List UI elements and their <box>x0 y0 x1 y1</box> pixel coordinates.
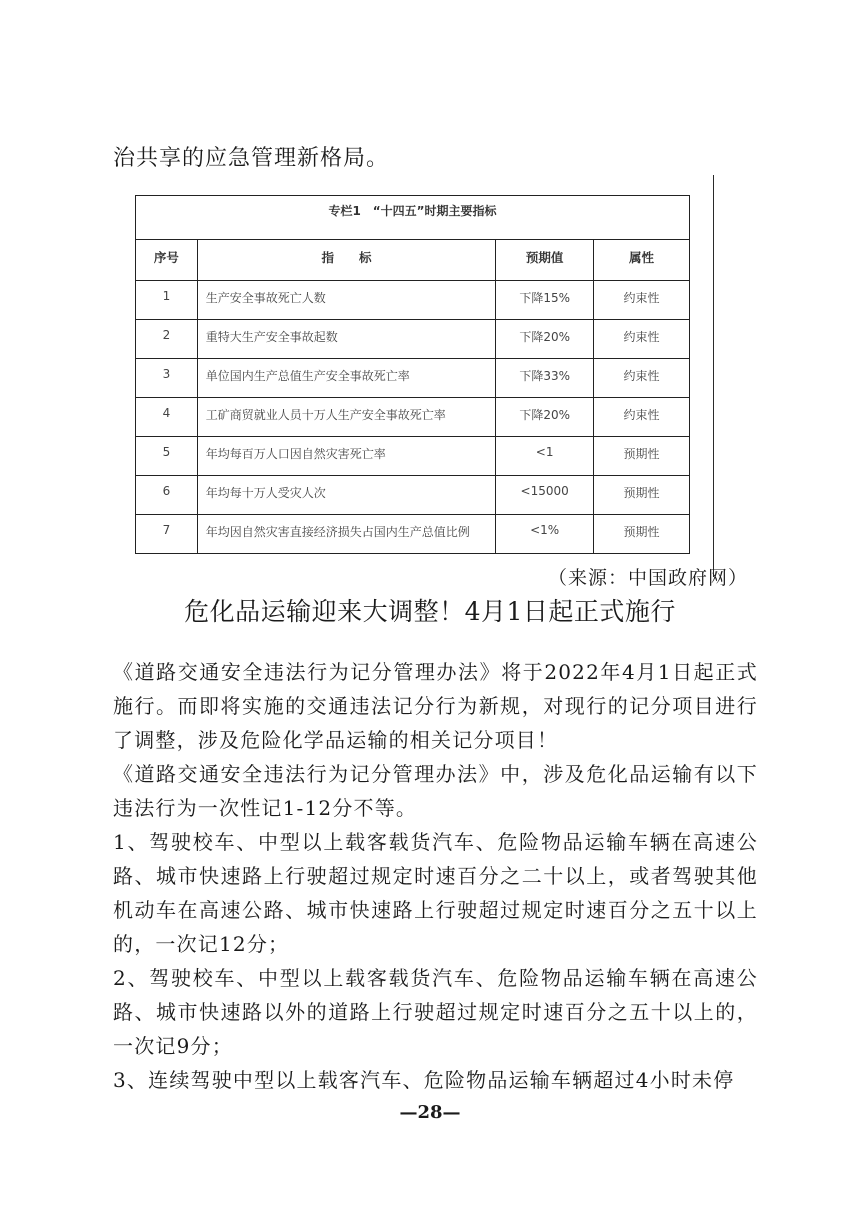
cell-expected: <1% <box>496 515 594 554</box>
previous-paragraph-tail: 治共享的应急管理新格局。 <box>113 144 389 174</box>
article-paragraph: 2、驾驶校车、中型以上载客载货汽车、危险物品运输车辆在高速公路、城市快速路以外的… <box>113 961 758 1063</box>
cell-indicator: 年均每百万人口因自然灾害死亡率 <box>197 437 495 476</box>
table-caption: 专栏1 “十四五”时期主要指标 <box>136 196 690 240</box>
cell-attribute: 约束性 <box>594 320 690 359</box>
header-attribute: 属性 <box>594 240 690 281</box>
document-page: 治共享的应急管理新格局。 专栏1 “十四五”时期主要指标 序号 指 标 预期值 … <box>0 0 860 1217</box>
cell-no: 6 <box>136 476 198 515</box>
article-paragraph: 《道路交通安全违法行为记分管理办法》将于2022年4月1日起正式施行。而即将实施… <box>113 655 758 757</box>
table-header-row: 序号 指 标 预期值 属性 <box>136 240 690 281</box>
cell-attribute: 约束性 <box>594 359 690 398</box>
cell-indicator: 重特大生产安全事故起数 <box>197 320 495 359</box>
table-row: 5 年均每百万人口因自然灾害死亡率 <1 预期性 <box>136 437 690 476</box>
cell-no: 5 <box>136 437 198 476</box>
cell-attribute: 预期性 <box>594 437 690 476</box>
cell-expected: 下降33% <box>496 359 594 398</box>
cell-expected: 下降20% <box>496 320 594 359</box>
cell-attribute: 约束性 <box>594 281 690 320</box>
cell-expected: 下降20% <box>496 398 594 437</box>
cell-expected: <1 <box>496 437 594 476</box>
cell-indicator: 工矿商贸就业人员十万人生产安全事故死亡率 <box>197 398 495 437</box>
cell-no: 4 <box>136 398 198 437</box>
cell-indicator: 年均每十万人受灾人次 <box>197 476 495 515</box>
cell-expected: <15000 <box>496 476 594 515</box>
margin-rule-line <box>713 175 714 577</box>
cell-indicator: 生产安全事故死亡人数 <box>197 281 495 320</box>
cell-attribute: 预期性 <box>594 515 690 554</box>
table-row: 6 年均每十万人受灾人次 <15000 预期性 <box>136 476 690 515</box>
cell-no: 3 <box>136 359 198 398</box>
source-attribution: （来源：中国政府网） <box>548 565 748 591</box>
cell-expected: 下降15% <box>496 281 594 320</box>
article-body: 《道路交通安全违法行为记分管理办法》将于2022年4月1日起正式施行。而即将实施… <box>113 655 758 1097</box>
header-expected: 预期值 <box>496 240 594 281</box>
indicators-table: 专栏1 “十四五”时期主要指标 序号 指 标 预期值 属性 1 生产安全事故死亡… <box>135 195 690 554</box>
cell-attribute: 约束性 <box>594 398 690 437</box>
cell-no: 1 <box>136 281 198 320</box>
table-row: 7 年均因自然灾害直接经济损失占国内生产总值比例 <1% 预期性 <box>136 515 690 554</box>
page-number: —28— <box>0 1101 860 1125</box>
table-row: 2 重特大生产安全事故起数 下降20% 约束性 <box>136 320 690 359</box>
header-no: 序号 <box>136 240 198 281</box>
article-paragraph: 《道路交通安全违法行为记分管理办法》中，涉及危化品运输有以下违法行为一次性记1-… <box>113 757 758 825</box>
table-row: 3 单位国内生产总值生产安全事故死亡率 下降33% 约束性 <box>136 359 690 398</box>
cell-attribute: 预期性 <box>594 476 690 515</box>
table-row: 4 工矿商贸就业人员十万人生产安全事故死亡率 下降20% 约束性 <box>136 398 690 437</box>
cell-no: 2 <box>136 320 198 359</box>
article-title: 危化品运输迎来大调整！4月1日起正式施行 <box>0 595 860 629</box>
table-row: 1 生产安全事故死亡人数 下降15% 约束性 <box>136 281 690 320</box>
header-indicator: 指 标 <box>197 240 495 281</box>
article-paragraph: 3、连续驾驶中型以上载客汽车、危险物品运输车辆超过4小时未停 <box>113 1063 758 1097</box>
cell-indicator: 单位国内生产总值生产安全事故死亡率 <box>197 359 495 398</box>
cell-no: 7 <box>136 515 198 554</box>
cell-indicator: 年均因自然灾害直接经济损失占国内生产总值比例 <box>197 515 495 554</box>
article-paragraph: 1、驾驶校车、中型以上载客载货汽车、危险物品运输车辆在高速公路、城市快速路上行驶… <box>113 825 758 961</box>
